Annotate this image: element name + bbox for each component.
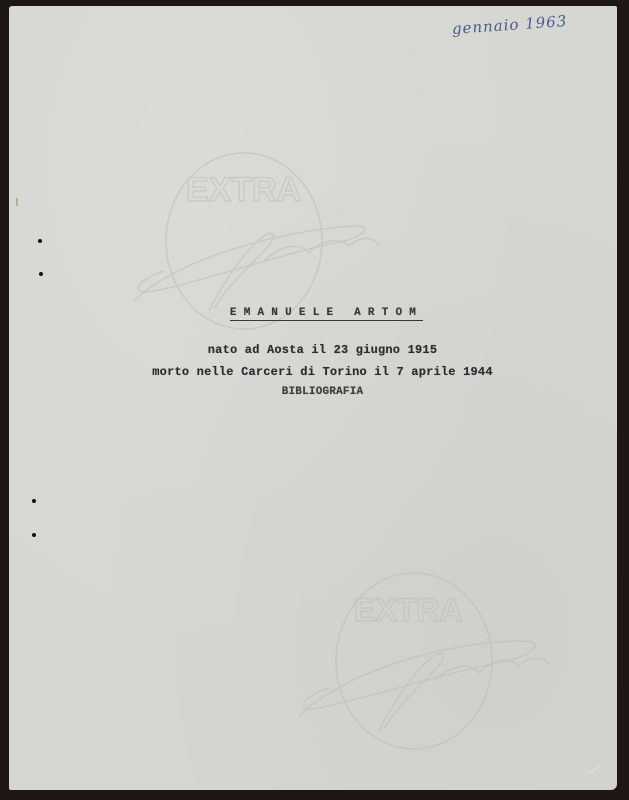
svg-text:EXTRA: EXTRA bbox=[186, 171, 301, 209]
document-title-text: EMANUELE ARTOM bbox=[230, 307, 423, 321]
document-page: EXTRA EXTRA gennaio 1963 bbox=[9, 6, 617, 790]
punch-hole-mark bbox=[39, 272, 43, 276]
bibliography-heading: BIBLIOGRAFIA bbox=[0, 386, 629, 398]
watermark-extra-strong-bottom: EXTRA bbox=[289, 566, 569, 766]
punch-hole-mark bbox=[38, 239, 42, 243]
paper-corner-fold bbox=[585, 765, 606, 784]
birth-line: nato ad Aosta il 23 giugno 1915 bbox=[0, 343, 629, 357]
svg-text:EXTRA: EXTRA bbox=[354, 592, 462, 628]
document-title: EMANUELE ARTOM bbox=[0, 307, 629, 319]
punch-hole-mark bbox=[32, 533, 36, 537]
paper-stain bbox=[16, 198, 18, 206]
death-line: morto nelle Carceri di Torino il 7 april… bbox=[0, 365, 629, 379]
punch-hole-mark bbox=[32, 499, 36, 503]
watermark-extra-strong-top: EXTRA bbox=[114, 141, 394, 331]
handwritten-date-annotation: gennaio 1963 bbox=[451, 12, 567, 38]
